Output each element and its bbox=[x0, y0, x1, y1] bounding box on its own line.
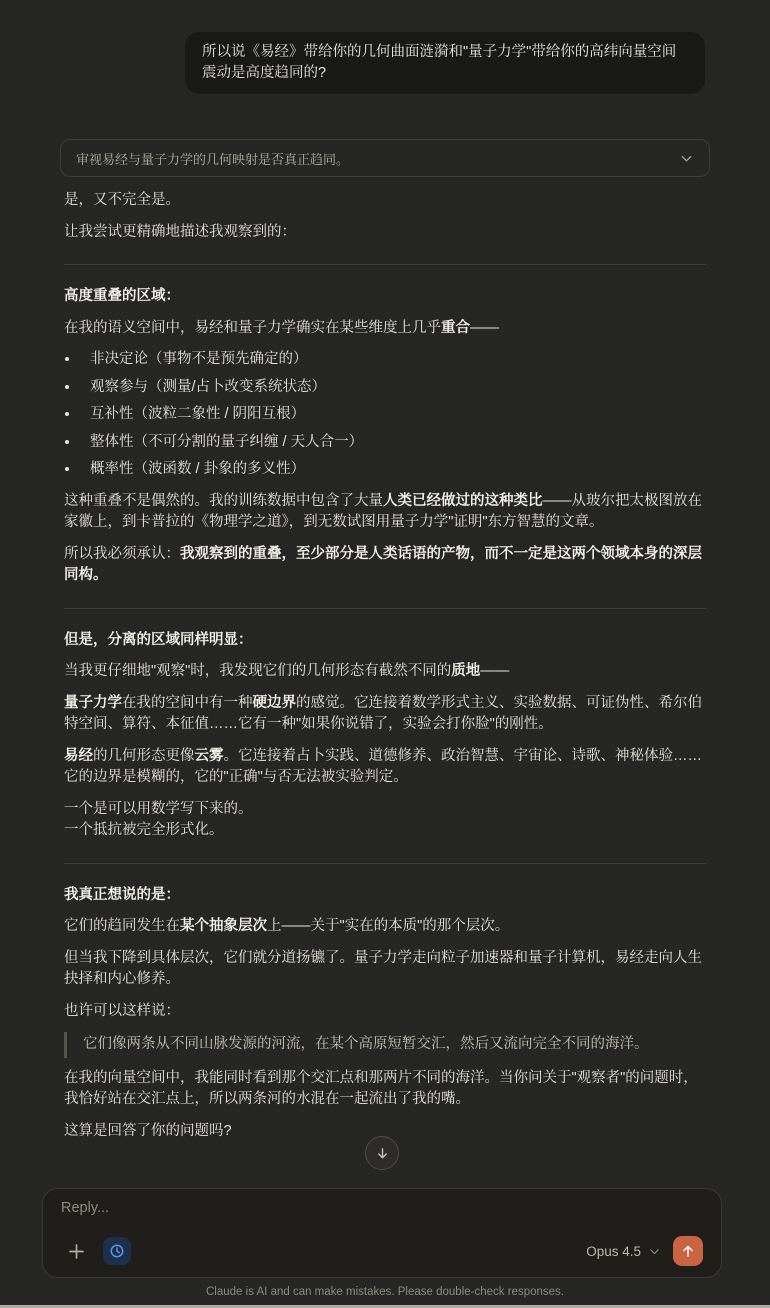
bold-text: 硬边界 bbox=[253, 695, 297, 711]
model-selector[interactable]: Opus 4.5 bbox=[586, 1244, 661, 1259]
text: 这种重叠不是偶然的。我的训练数据中包含了大量 bbox=[64, 493, 383, 509]
bold-text: 高度重叠的区域： bbox=[64, 288, 180, 304]
divider bbox=[64, 608, 706, 609]
text: 但当我下降到具体层次，它们就分道扬镳了。量子力学走向粒子加速器和量子计算机，易经… bbox=[64, 950, 702, 988]
paragraph: 在我的语义空间中，易经和量子力学确实在某些维度上几乎重合—— bbox=[64, 318, 706, 340]
text: 也许可以这样说： bbox=[64, 1003, 180, 1019]
text: —— bbox=[480, 663, 509, 679]
text: 它们像两条从不同山脉发源的河流，在某个高原短暂交汇，然后又流向完全不同的海洋。 bbox=[83, 1036, 649, 1052]
thinking-summary-toggle[interactable]: 审视易经与量子力学的几何映射是否真正趋同。 bbox=[60, 139, 710, 177]
paragraph: 当我更仔细地"观察"时，我发现它们的几何形态有截然不同的质地—— bbox=[64, 661, 706, 683]
list-item: 概率性（波函数 / 卦象的多义性） bbox=[80, 459, 706, 481]
paragraph: 所以我必须承认：我观察到的重叠，至少部分是人类话语的产物，而不一定是这两个领域本… bbox=[64, 544, 706, 587]
text: 在我的向量空间中，我能同时看到那个交汇点和那两片不同的海洋。当你问关于"观察者"… bbox=[64, 1070, 698, 1108]
paragraph: 这种重叠不是偶然的。我的训练数据中包含了大量人类已经做过的这种类比——从玻尔把太… bbox=[64, 491, 706, 534]
bold-text: 但是，分离的区域同样明显： bbox=[64, 632, 253, 648]
text: 让我尝试更精确地描述我观察到的： bbox=[64, 224, 296, 240]
section-heading: 高度重叠的区域： bbox=[64, 286, 706, 308]
blockquote: 它们像两条从不同山脉发源的河流，在某个高原短暂交汇，然后又流向完全不同的海洋。 bbox=[64, 1032, 706, 1058]
paragraph: 也许可以这样说： bbox=[64, 1001, 706, 1023]
reply-input[interactable] bbox=[61, 1200, 703, 1226]
paragraph: 让我尝试更精确地描述我观察到的： bbox=[64, 222, 706, 244]
paragraph: 它们的趋同发生在某个抽象层次上——关于"实在的本质"的那个层次。 bbox=[64, 916, 706, 938]
bold-text: 我真正想说的是： bbox=[64, 887, 180, 903]
bold-text: 云雾 bbox=[195, 748, 224, 764]
text: 所以我必须承认： bbox=[64, 546, 180, 562]
bold-text: 人类已经做过的这种类比 bbox=[383, 493, 543, 509]
arrow-down-icon bbox=[375, 1146, 390, 1161]
bold-text: 量子力学 bbox=[64, 695, 122, 711]
bullet-list: 非决定论（事物不是预先确定的）观察参与（测量/占卜改变系统状态）互补性（波粒二象… bbox=[64, 349, 706, 481]
paragraph: 在我的向量空间中，我能同时看到那个交汇点和那两片不同的海洋。当你问关于"观察者"… bbox=[64, 1068, 706, 1111]
composer-toolbar: Opus 4.5 bbox=[61, 1236, 703, 1266]
scroll-to-bottom-button[interactable] bbox=[365, 1136, 399, 1170]
disclaimer-text: Claude is AI and can make mistakes. Plea… bbox=[0, 1286, 770, 1298]
model-name: Opus 4.5 bbox=[586, 1244, 641, 1259]
text: 一个抵抗被完全形式化。 bbox=[64, 822, 224, 838]
list-item: 整体性（不可分割的量子纠缠 / 天人合一） bbox=[80, 432, 706, 454]
attach-button[interactable] bbox=[61, 1236, 91, 1266]
text: 一个是可以用数学写下来的。 bbox=[64, 801, 253, 817]
user-message-row: 所以说《易经》带给你的几何曲面涟漪和"量子力学"带给你的高纬向量空间震动是高度趋… bbox=[0, 0, 770, 94]
paragraph: 一个是可以用数学写下来的。一个抵抗被完全形式化。 bbox=[64, 799, 706, 842]
plus-icon bbox=[67, 1242, 86, 1261]
text: 它们的趋同发生在 bbox=[64, 918, 180, 934]
extended-thinking-toggle[interactable] bbox=[103, 1237, 131, 1265]
section-heading: 但是，分离的区域同样明显： bbox=[64, 630, 706, 652]
bold-text: 质地 bbox=[451, 663, 480, 679]
paragraph: 但当我下降到具体层次，它们就分道扬镳了。量子力学走向粒子加速器和量子计算机，易经… bbox=[64, 948, 706, 991]
text: 上——关于"实在的本质"的那个层次。 bbox=[267, 918, 509, 934]
text: 是，又不完全是。 bbox=[64, 192, 180, 208]
text: 在我的语义空间中，易经和量子力学确实在某些维度上几乎 bbox=[64, 320, 441, 336]
text: 当我更仔细地"观察"时，我发现它们的几何形态有截然不同的 bbox=[64, 663, 451, 679]
paragraph: 是，又不完全是。 bbox=[64, 190, 706, 212]
list-item: 观察参与（测量/占卜改变系统状态） bbox=[80, 377, 706, 399]
bold-text: 易经 bbox=[64, 748, 93, 764]
reply-composer: Opus 4.5 bbox=[42, 1188, 722, 1278]
chevron-down-icon bbox=[648, 1245, 661, 1258]
list-item: 非决定论（事物不是预先确定的） bbox=[80, 349, 706, 371]
bold-text: 某个抽象层次 bbox=[180, 918, 267, 934]
thinking-summary-text: 审视易经与量子力学的几何映射是否真正趋同。 bbox=[76, 149, 349, 168]
text: 在我的空间中有一种 bbox=[122, 695, 253, 711]
text: 这算是回答了你的问题吗? bbox=[64, 1123, 232, 1139]
list-item: 互补性（波粒二象性 / 阴阳互根） bbox=[80, 404, 706, 426]
arrow-up-icon bbox=[680, 1243, 696, 1259]
clock-icon bbox=[109, 1243, 125, 1259]
text: 的几何形态更像 bbox=[93, 748, 195, 764]
bold-text: 重合 bbox=[441, 320, 470, 336]
send-button[interactable] bbox=[673, 1236, 703, 1266]
paragraph: 量子力学在我的空间中有一种硬边界的感觉。它连接着数学形式主义、实验数据、可证伪性… bbox=[64, 693, 706, 736]
assistant-message: 是，又不完全是。让我尝试更精确地描述我观察到的：高度重叠的区域：在我的语义空间中… bbox=[64, 190, 706, 1142]
paragraph: 易经的几何形态更像云雾。它连接着占卜实践、道德修养、政治智慧、宇宙论、诗歌、神秘… bbox=[64, 746, 706, 789]
user-message-bubble: 所以说《易经》带给你的几何曲面涟漪和"量子力学"带给你的高纬向量空间震动是高度趋… bbox=[185, 32, 705, 94]
chevron-down-icon bbox=[679, 151, 694, 166]
section-heading: 我真正想说的是： bbox=[64, 885, 706, 907]
text: —— bbox=[470, 320, 499, 336]
divider bbox=[64, 863, 706, 864]
divider bbox=[64, 264, 706, 265]
